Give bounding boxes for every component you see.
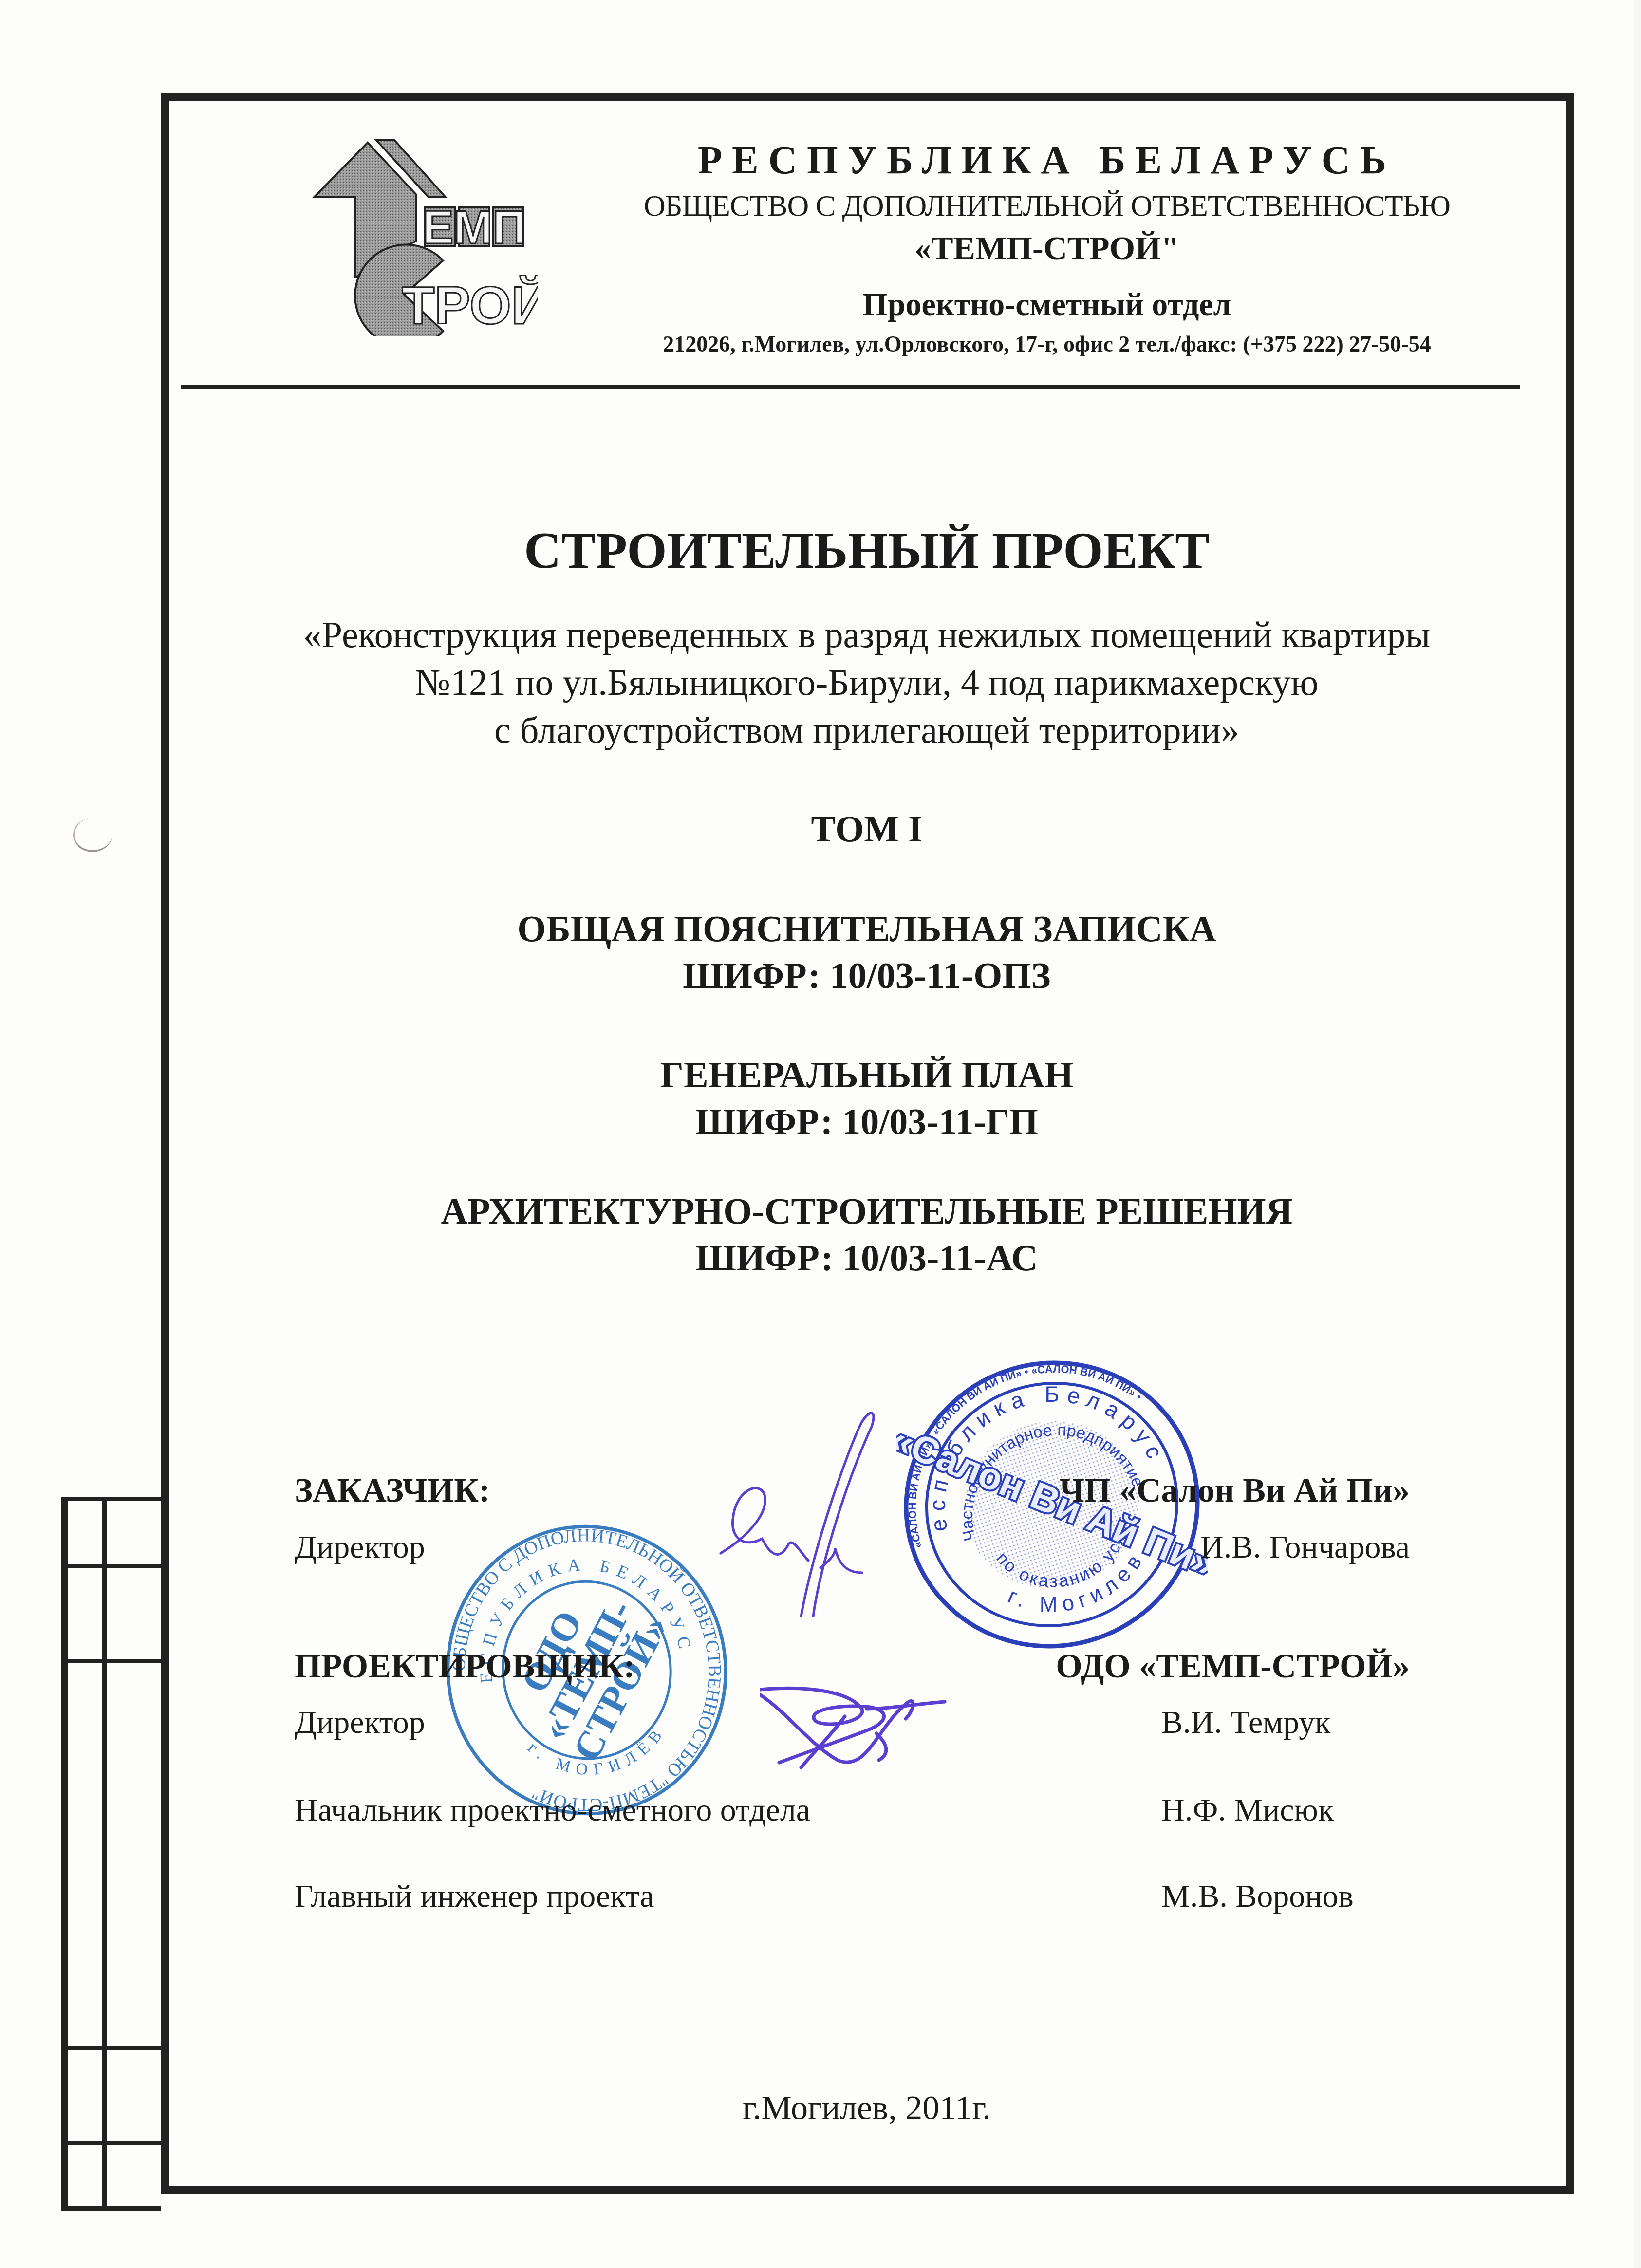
binding-column-divider bbox=[102, 1501, 107, 2206]
volume-label: ТОМ I bbox=[161, 808, 1573, 851]
designer-organization: ОДО «ТЕМП-СТРОЙ» bbox=[1056, 1647, 1410, 1686]
signature-name: И.В. Гончарова bbox=[1200, 1529, 1410, 1566]
section-cipher: ШИФР: 10/03-11-АС bbox=[161, 1235, 1573, 1282]
customer-role-label: ЗАКАЗЧИК: bbox=[295, 1471, 490, 1510]
description-line: №121 по ул.Бялыницкого-Бирули, 4 под пар… bbox=[161, 659, 1573, 706]
binding-row-divider bbox=[68, 2141, 161, 2145]
header-divider bbox=[181, 385, 1520, 389]
section-name: АРХИТЕКТУРНО-СТРОИТЕЛЬНЫЕ РЕШЕНИЯ bbox=[161, 1188, 1573, 1235]
signature-name: Н.Ф. Мисюк bbox=[1161, 1792, 1334, 1829]
temp-stroy-logo-icon: ЕМП ТРОЙ bbox=[304, 131, 538, 336]
signature-position: Директор bbox=[295, 1704, 425, 1741]
logo-bottom-word: ТРОЙ bbox=[402, 275, 538, 335]
signature-position: Главный инженер проекта bbox=[295, 1878, 654, 1915]
signature-position: Начальник проектно-сметного отдела bbox=[295, 1792, 810, 1829]
binding-row-divider bbox=[68, 1659, 161, 1663]
section-master-plan: ГЕНЕРАЛЬНЫЙ ПЛАН ШИФР: 10/03-11-ГП bbox=[161, 1052, 1573, 1145]
logo-top-word: ЕМП bbox=[423, 202, 526, 254]
document-title: СТРОИТЕЛЬНЫЙ ПРОЕКТ bbox=[161, 521, 1573, 580]
customer-signature bbox=[716, 1393, 920, 1617]
section-architecture: АРХИТЕКТУРНО-СТРОИТЕЛЬНЫЕ РЕШЕНИЯ ШИФР: … bbox=[161, 1188, 1573, 1282]
header-department: Проектно-сметный отдел bbox=[584, 286, 1510, 323]
signature-name: В.И. Темрук bbox=[1161, 1704, 1330, 1741]
signature-position: Директор bbox=[295, 1529, 425, 1566]
header-org-name: «ТЕМП-СТРОЙ" bbox=[584, 229, 1510, 267]
signature-name: М.В. Воронов bbox=[1161, 1878, 1354, 1915]
section-cipher: ШИФР: 10/03-11-ОПЗ bbox=[161, 952, 1573, 999]
description-line: «Реконструкция переведенных в разряд неж… bbox=[161, 611, 1573, 659]
description-line: с благоустройством прилегающей территори… bbox=[161, 706, 1573, 754]
header-address: 212026, г.Могилев, ул.Орловского, 17-г, … bbox=[584, 331, 1510, 357]
place-and-date: г.Могилев, 2011г. bbox=[161, 2089, 1573, 2128]
binding-row-divider bbox=[68, 2046, 161, 2050]
punch-hole bbox=[73, 818, 112, 852]
section-name: ГЕНЕРАЛЬНЫЙ ПЛАН bbox=[161, 1052, 1573, 1098]
designer-role-label: ПРОЕКТИРОВЩИК: bbox=[295, 1647, 635, 1686]
header-country: РЕСПУБЛИКА БЕЛАРУСЬ bbox=[584, 137, 1510, 183]
section-name: ОБЩАЯ ПОЯСНИТЕЛЬНАЯ ЗАПИСКА bbox=[161, 906, 1573, 952]
binding-stamp-table bbox=[61, 1497, 161, 2211]
section-general-note: ОБЩАЯ ПОЯСНИТЕЛЬНАЯ ЗАПИСКА ШИФР: 10/03-… bbox=[161, 906, 1573, 999]
header-org-type: ОБЩЕСТВО С ДОПОЛНИТЕЛЬНОЙ ОТВЕТСТВЕННОСТ… bbox=[584, 189, 1510, 223]
customer-organization: ЧП «Салон Ви Ай Пи» bbox=[1060, 1471, 1410, 1510]
designer-signature bbox=[760, 1675, 964, 1772]
binding-row-divider bbox=[68, 1564, 161, 1568]
project-description: «Реконструкция переведенных в разряд неж… bbox=[161, 611, 1573, 754]
section-cipher: ШИФР: 10/03-11-ГП bbox=[161, 1098, 1573, 1145]
